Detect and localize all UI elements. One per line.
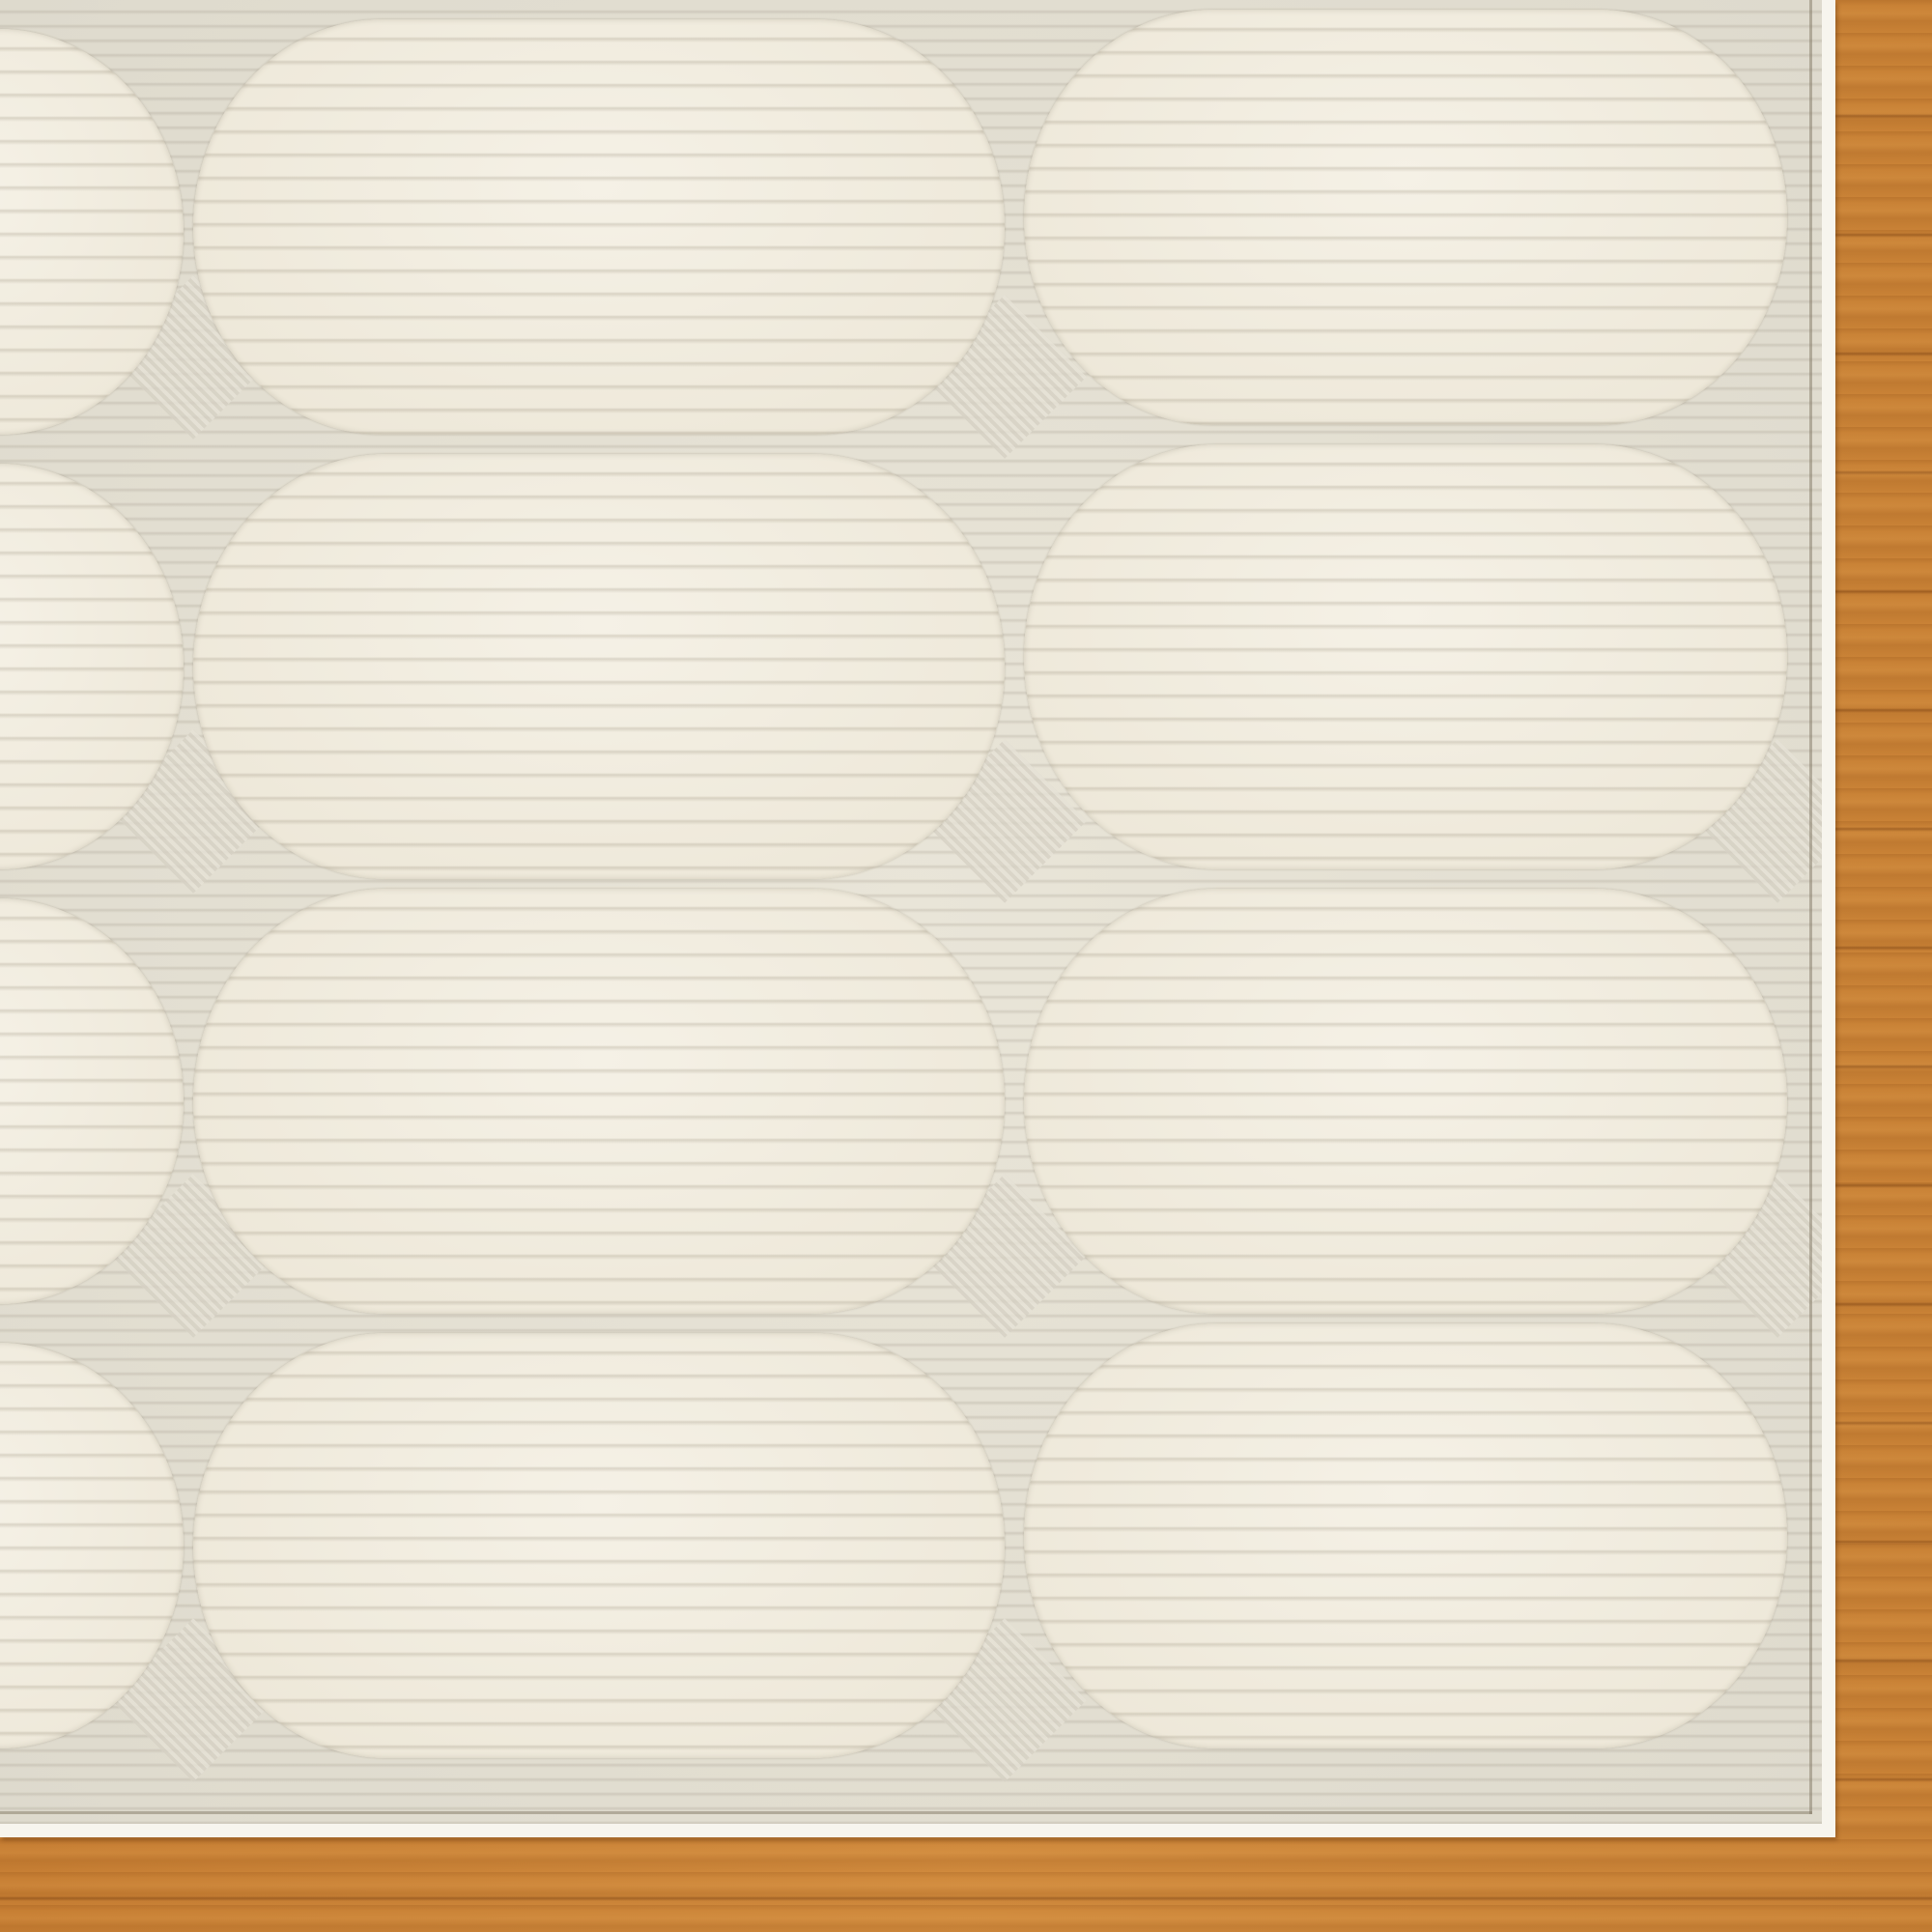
oval-motif xyxy=(193,889,1005,1314)
oval-motif xyxy=(193,454,1005,879)
oval-motif xyxy=(193,1333,1005,1758)
oval-motif xyxy=(1024,444,1787,869)
rug xyxy=(0,0,1835,1837)
oval-motif xyxy=(1024,1323,1787,1748)
oval-motif xyxy=(193,19,1005,435)
oval-motif xyxy=(1024,889,1787,1314)
oval-motif xyxy=(1024,10,1787,425)
rug-border-line xyxy=(0,1811,1812,1814)
rug-border-line xyxy=(1809,0,1812,1814)
